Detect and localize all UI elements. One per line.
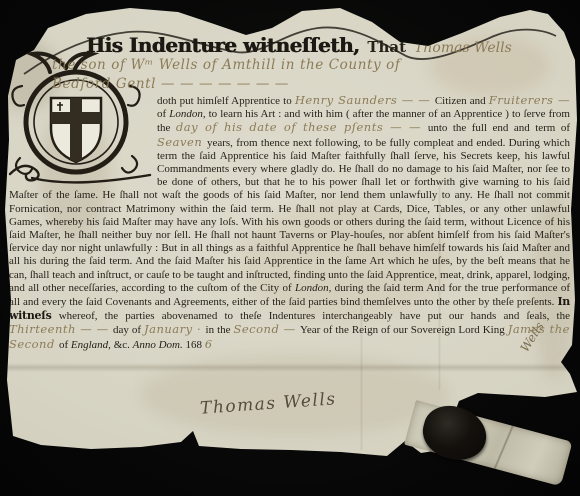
printed-italic-run: London, [295, 282, 331, 294]
photo-background: His Indenture witneſſeth, That Thomas We… [0, 0, 580, 496]
handwritten-line-county: Bedford Gentl — — — — — — — [52, 76, 557, 92]
printed-italic-run: London, [169, 108, 205, 120]
seal-tag-strip [404, 400, 572, 486]
printed-text-run: Citizen and [435, 95, 489, 107]
handwritten-fill-day: Thirteenth — — [9, 322, 113, 336]
signature-thomas-wells: Thomas Wells [199, 389, 337, 418]
handwritten-apprentice-name: Thomas Wells [410, 40, 512, 56]
title-that: That [363, 38, 406, 56]
printed-text-run: &c. [114, 339, 133, 351]
printed-text-run: unto the full end and term of [428, 122, 570, 134]
handwritten-fill-regnal-year: Second — [233, 322, 300, 336]
handwritten-fill-company: Fruiterers — [489, 93, 570, 107]
printed-italic-run: England, [71, 339, 111, 351]
document-title: His Indenture witneſſeth, That Thomas We… [86, 33, 566, 57]
indenture-body-text: doth put himſelf Apprentice to Henry Sau… [9, 94, 570, 352]
wax-seal [417, 400, 492, 467]
handwritten-line-parentage: the son of Wᵐ Wells of Amthill in the Co… [52, 57, 557, 73]
printed-text-run: of [59, 339, 71, 351]
dropcap-spacer [9, 94, 157, 182]
printed-text-run: day of [113, 324, 144, 336]
title-blackletter: His Indenture witneſſeth, [86, 33, 359, 57]
fold-crease [360, 300, 363, 450]
fold-crease [494, 426, 514, 469]
handwritten-fill-master-name: Henry Saunders — — [295, 93, 435, 107]
printed-text-run: 168 [186, 339, 203, 351]
fold-crease [0, 363, 580, 372]
handwritten-fill-start-date: day of his date of these pſents — — [176, 120, 428, 134]
handwritten-fill-year-digit: 6 [205, 337, 213, 351]
printed-text-run: in the [206, 324, 234, 336]
handwritten-fill-month: January · [144, 322, 206, 336]
printed-text-run: whereof, the parties abovenamed to theſe… [59, 310, 570, 322]
fold-crease [438, 180, 441, 390]
printed-text-run: doth put himſelf Apprentice to [157, 95, 295, 107]
handwritten-fill-term-years: Seaven [157, 135, 207, 149]
printed-text-run: Year of the Reign of our Sovereign Lord … [300, 324, 508, 336]
printed-text-run: of [157, 108, 169, 120]
printed-italic-run: Anno Dom. [133, 339, 183, 351]
